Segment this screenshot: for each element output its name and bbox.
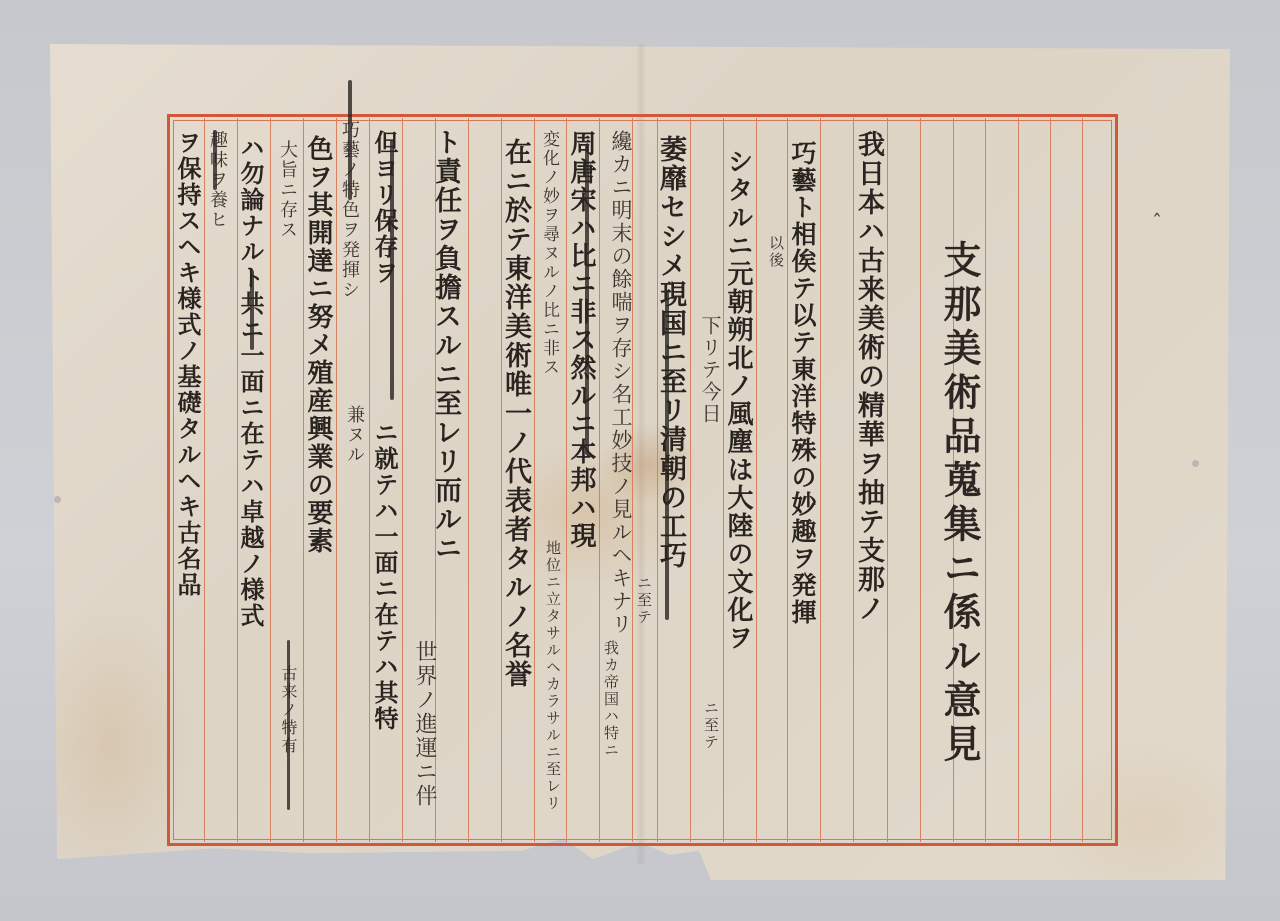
note-column-5: ニ至テ: [636, 575, 651, 626]
column-rule: [270, 118, 271, 842]
note-column-8: 地位ニ立タサルヘカラサルニ至レリ: [545, 540, 560, 812]
text-column-13: 色ヲ其開達ニ努メ殖産興業の要素: [305, 135, 331, 555]
text-column-7: 変化ノ妙ヲ尋ヌルノ比ニ非ス: [540, 130, 557, 377]
binding-hole: [54, 496, 61, 503]
column-rule: [204, 118, 205, 842]
text-column-15: ハ勿論ナルト共ニ一面ニ在テハ卓越ノ様式: [238, 135, 262, 629]
text-column-16: 趣味ヲ養ヒ: [208, 130, 226, 230]
column-rule: [690, 118, 691, 842]
column-rule: [920, 118, 921, 842]
note-column-12: 兼ヌル: [345, 405, 363, 465]
column-rule: [336, 118, 337, 842]
column-rule: [599, 118, 600, 842]
deletion-stroke: [348, 80, 352, 200]
text-column-1: 我日本ハ古来美術の精華ヲ抽テ支那ノ: [855, 130, 882, 623]
deletion-stroke: [213, 130, 217, 190]
column-rule: [1082, 118, 1083, 842]
text-column-3: シタルニ元朝朔北ノ風塵は大陸の文化ヲ: [725, 148, 751, 652]
text-column-9: ト責任ヲ負擔スルニ至レリ而ルニ: [432, 128, 459, 563]
deletion-stroke: [585, 145, 589, 455]
deletion-stroke: [287, 640, 290, 810]
column-rule: [534, 118, 535, 842]
column-rule: [887, 118, 888, 842]
column-rule: [402, 118, 403, 842]
column-rule: [1018, 118, 1019, 842]
column-rule: [985, 118, 986, 842]
deletion-stroke: [390, 140, 394, 400]
text-column-14: 大旨ニ存ス: [278, 140, 296, 240]
note-column-4: 下リテ今日: [700, 315, 720, 425]
column-rule: [468, 118, 469, 842]
note-column-6: 我カ帝国ハ特ニ: [603, 640, 618, 759]
deletion-stroke: [250, 270, 254, 350]
margin-mark: ˆ: [1152, 210, 1162, 234]
text-column-8: 在ニ於テ東洋美術唯一ノ代表者タルノ名誉: [502, 138, 529, 689]
text-column-2: 巧藝ト相俟テ以テ東洋特殊の妙趣ヲ発揮: [790, 140, 815, 626]
note-column-9: 世界ノ進運ニ伴: [413, 640, 435, 808]
column-rule: [756, 118, 757, 842]
column-rule: [820, 118, 821, 842]
document-title: 支那美術品蒐集ニ係ル意見: [940, 240, 978, 768]
text-column-17: ヲ保持スヘキ様式ノ基礎タルヘキ古名品: [175, 130, 199, 598]
text-column-6: 周唐宋ハ比ニ非ス然ルニ本邦ハ現: [568, 130, 594, 550]
note-column-3: 以後: [768, 235, 783, 269]
text-column-4: 萎靡セシメ現国ニ至リ清朝の工巧: [657, 135, 684, 570]
binding-hole: [1192, 460, 1199, 467]
text-column-5: 纔カニ明末の餘喘ヲ存シ名工妙技ノ見ルヘキナリ: [610, 130, 631, 636]
text-column-10: ニ就テハ一面ニ在テハ其特: [372, 420, 396, 732]
deletion-stroke: [665, 290, 669, 620]
column-rule: [1050, 118, 1051, 842]
note2-column-4: ニ至テ: [703, 700, 718, 751]
